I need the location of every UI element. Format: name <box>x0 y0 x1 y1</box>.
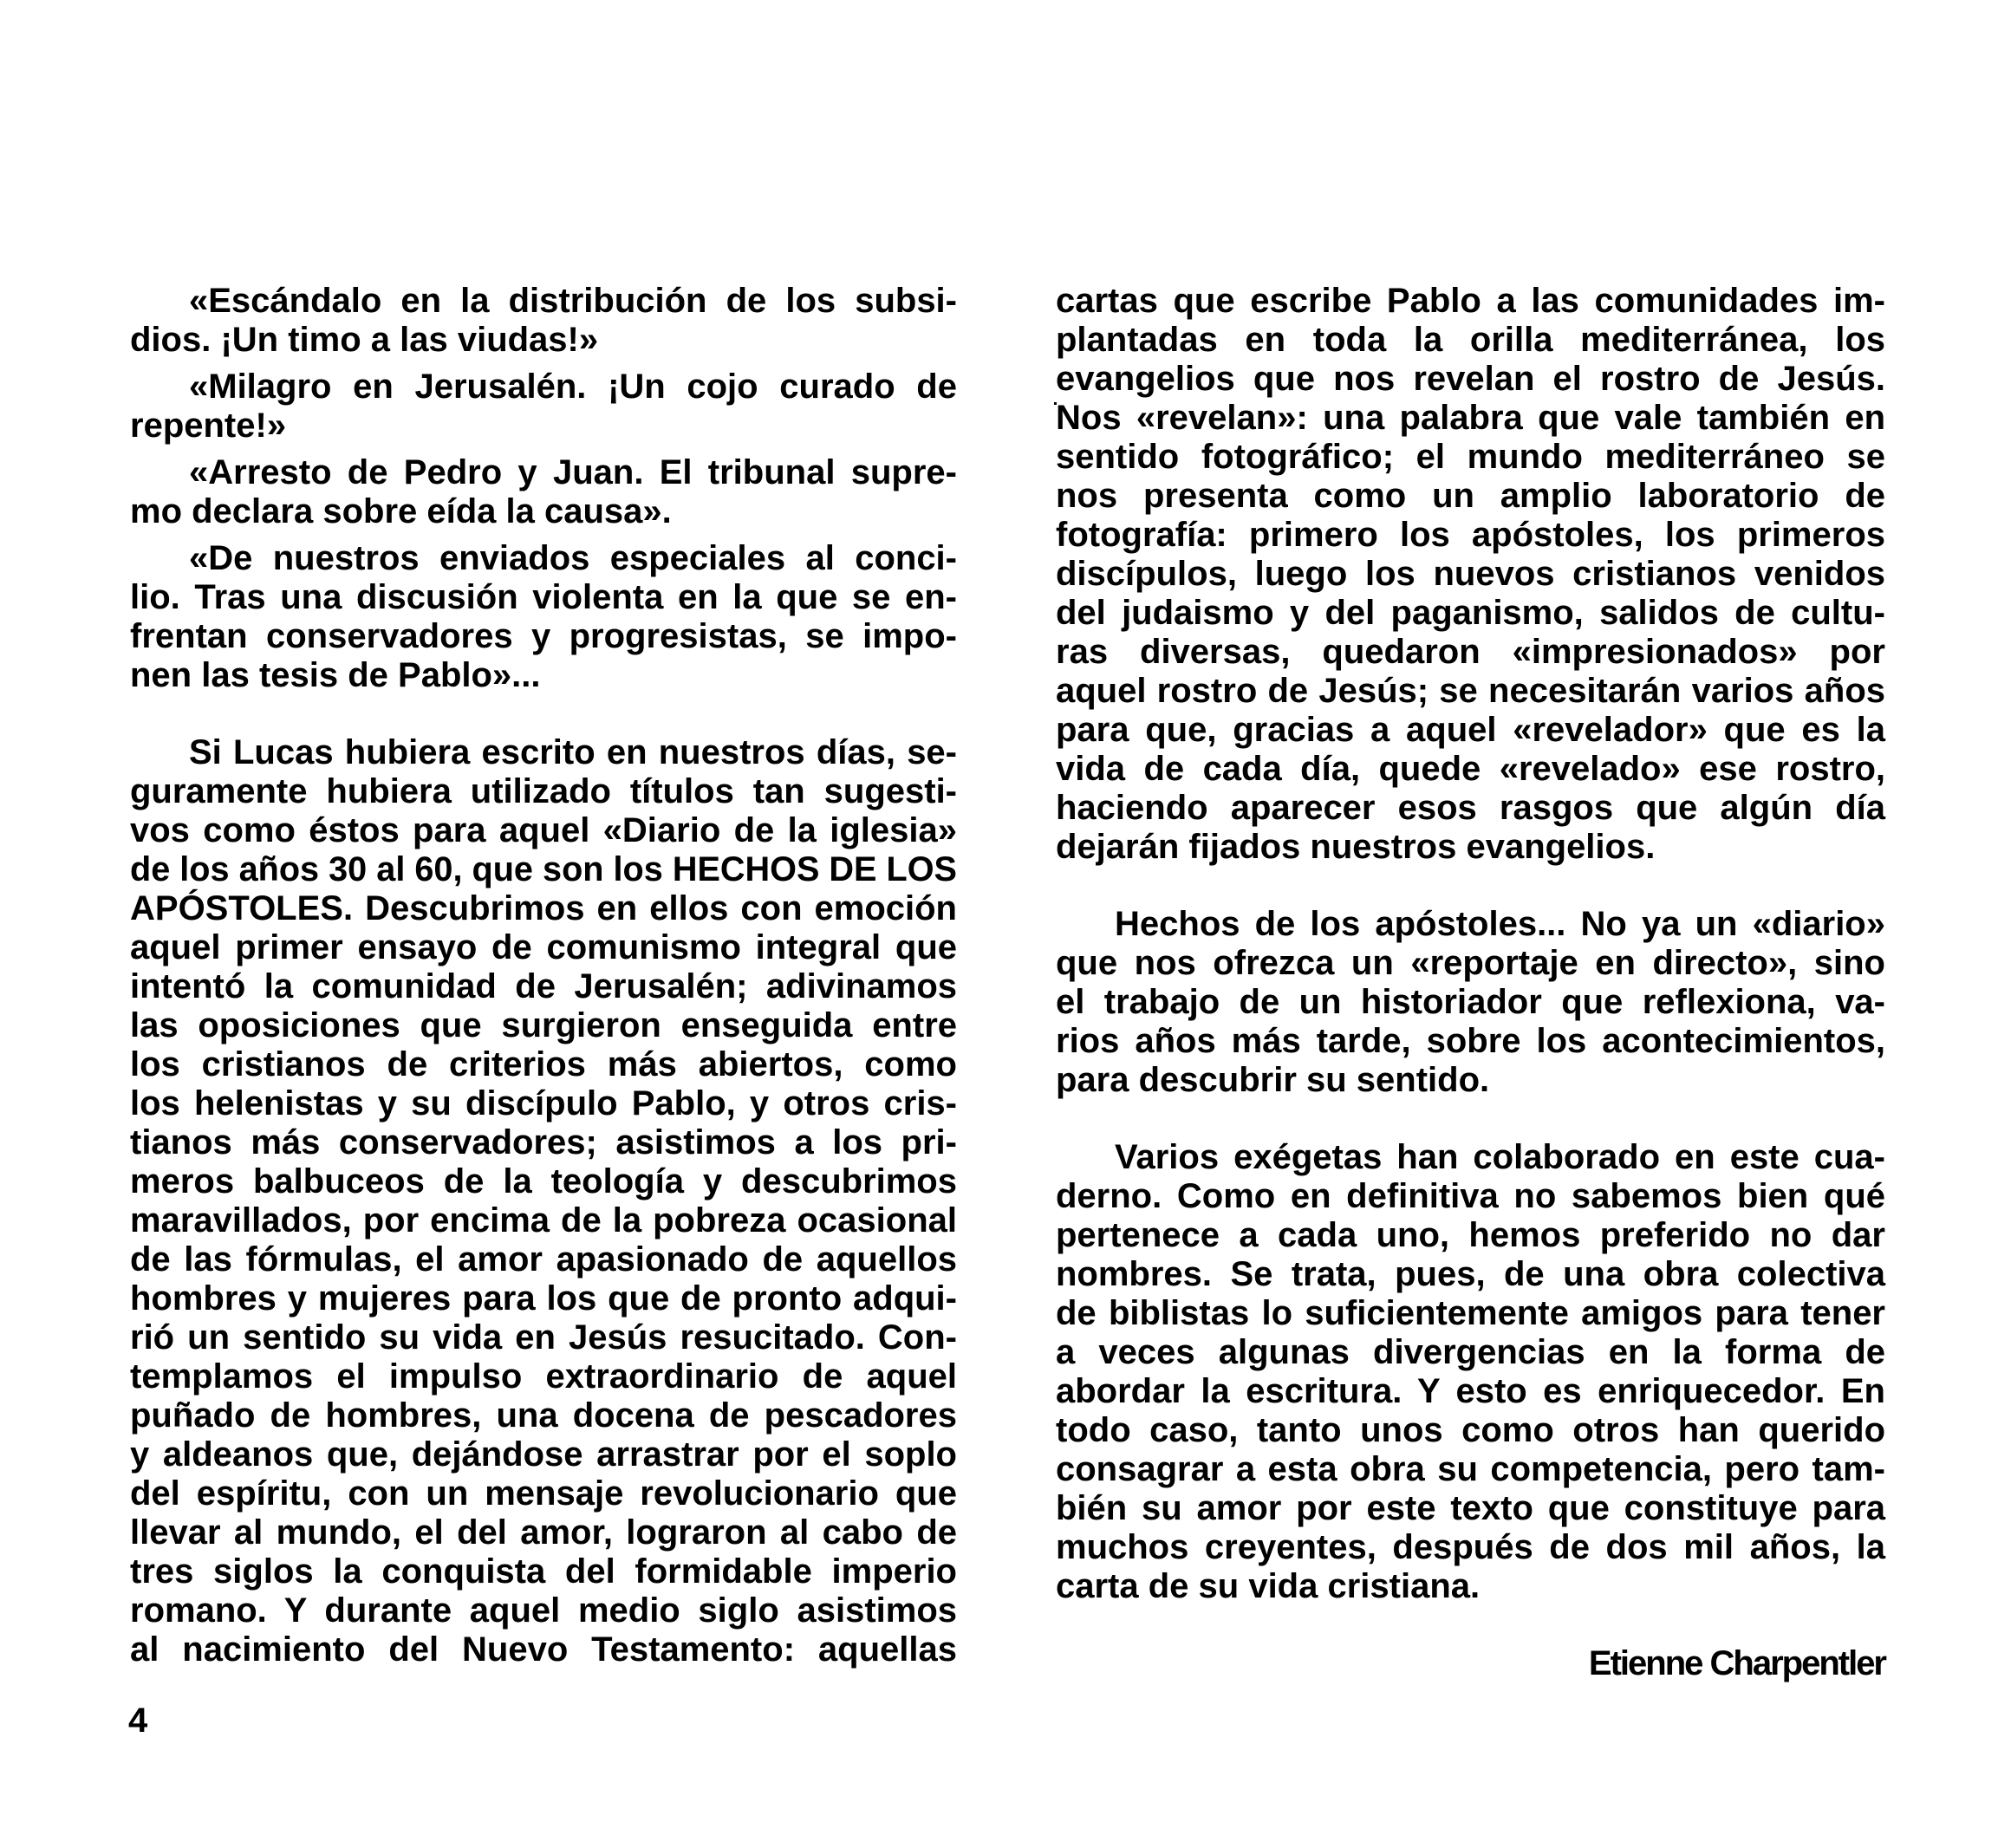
text-line: Hechos de los apóstoles... No ya un «dia… <box>1056 905 1885 944</box>
headline-2: «Milagro en Jerusalén. ¡Un cojo curado d… <box>130 368 957 446</box>
text-line: del espíritu, con un mensaje revoluciona… <box>130 1474 957 1513</box>
text-line: sentido fotográfico; el mundo mediterrán… <box>1056 438 1885 477</box>
text-line: repente!» <box>130 407 957 446</box>
text-line: tres siglos la conquista del formidable … <box>130 1552 957 1591</box>
text-line: Nos «revelan»: una palabra que vale tamb… <box>1056 399 1885 438</box>
text-line: tianos más conservadores; asistimos a lo… <box>130 1123 957 1162</box>
text-line: «Escándalo en la distribución de los sub… <box>130 282 957 321</box>
text-line: pertenece a cada uno, hemos preferido no… <box>1056 1216 1885 1255</box>
intro-paragraph: Si Lucas hubiera escrito en nuestros día… <box>130 733 957 1669</box>
text-line: el trabajo de un historiador que reflexi… <box>1056 983 1885 1022</box>
text-line: del judaismo y del paganismo, salidos de… <box>1056 594 1885 633</box>
text-line: y aldeanos que, dejándose arrastrar por … <box>130 1435 957 1474</box>
text-line: nos presenta como un amplio laboratorio … <box>1056 477 1885 516</box>
text-line: consagrar a esta obra su competencia, pe… <box>1056 1450 1885 1489</box>
text-line: romano. Y durante aquel medio siglo asis… <box>130 1591 957 1630</box>
text-line: «Arresto de Pedro y Juan. El tribunal su… <box>130 453 957 492</box>
text-line: dios. ¡Un timo a las viudas!» <box>130 321 957 360</box>
text-line: dejarán fijados nuestros evangelios. <box>1056 828 1885 867</box>
authors-paragraph: Varios exégetas han colaborado en este c… <box>1056 1138 1885 1606</box>
text-line: de las fórmulas, el amor apasionado de a… <box>130 1240 957 1279</box>
text-line: muchos creyentes, después de dos mil año… <box>1056 1528 1885 1567</box>
text-line: meros balbuceos de la teología y descubr… <box>130 1162 957 1201</box>
text-line: maravillados, por encima de la pobreza o… <box>130 1201 957 1240</box>
text-line: mo declara sobre eída la causa». <box>130 492 957 531</box>
text-line: Si Lucas hubiera escrito en nuestros día… <box>130 733 957 772</box>
text-line: guramente hubiera utilizado títulos tan … <box>130 772 957 811</box>
text-line: aquel primer ensayo de comunismo integra… <box>130 928 957 967</box>
text-line: todo caso, tanto unos como otros han que… <box>1056 1411 1885 1450</box>
text-line: rió un sentido su vida en Jesús resucita… <box>130 1318 957 1357</box>
author-signature: Etienne Charpentler <box>1056 1644 1885 1683</box>
headline-1: «Escándalo en la distribución de los sub… <box>130 282 957 360</box>
text-line: «Milagro en Jerusalén. ¡Un cojo curado d… <box>130 368 957 407</box>
text-line: llevar al mundo, el del amor, lograron a… <box>130 1513 957 1552</box>
hechos-paragraph: Hechos de los apóstoles... No ya un «dia… <box>1056 905 1885 1100</box>
text-line: vos como éstos para aquel «Diario de la … <box>130 811 957 850</box>
text-line: «De nuestros enviados especiales al conc… <box>130 539 957 578</box>
text-line: para que, gracias a aquel «revelador» qu… <box>1056 711 1885 750</box>
headline-4: «De nuestros enviados especiales al conc… <box>130 539 957 695</box>
text-line: evangelios que nos revelan el rostro de … <box>1056 360 1885 399</box>
book-page: «Escándalo en la distribución de los sub… <box>0 0 2011 1848</box>
text-line: de los años 30 al 60, que son los HECHOS… <box>130 850 957 889</box>
text-line: cartas que escribe Pablo a las comunidad… <box>1056 282 1885 321</box>
text-line: aquel rostro de Jesús; se necesitarán va… <box>1056 672 1885 711</box>
text-line: frentan conservadores y progresistas, se… <box>130 617 957 656</box>
text-line: bién su amor por este texto que constitu… <box>1056 1489 1885 1528</box>
text-line: carta de su vida cristiana. <box>1056 1567 1885 1606</box>
text-line: que nos ofrezca un «reportaje en directo… <box>1056 944 1885 983</box>
page-number: 4 <box>128 1702 147 1741</box>
headline-3: «Arresto de Pedro y Juan. El tribunal su… <box>130 453 957 531</box>
text-line: al nacimiento del Nuevo Testamento: aque… <box>130 1630 957 1669</box>
text-line: APÓSTOLES. Descubrimos en ellos con emoc… <box>130 889 957 928</box>
text-line: abordar la escritura. Y esto es enriquec… <box>1056 1372 1885 1411</box>
left-column: «Escándalo en la distribución de los sub… <box>130 282 957 1669</box>
text-line: derno. Como en definitiva no sabemos bie… <box>1056 1177 1885 1216</box>
text-line: fotografía: primero los apóstoles, los p… <box>1056 516 1885 555</box>
text-line: plantadas en toda la orilla mediterránea… <box>1056 321 1885 360</box>
text-line: las oposiciones que surgieron enseguida … <box>130 1006 957 1045</box>
continuation-paragraph: cartas que escribe Pablo a las comunidad… <box>1056 282 1885 867</box>
text-line: haciendo aparecer esos rasgos que algún … <box>1056 789 1885 828</box>
text-line: intentó la comunidad de Jerusalén; adivi… <box>130 967 957 1006</box>
text-line: discípulos, luego los nuevos cristianos … <box>1056 555 1885 594</box>
text-line: vida de cada día, quede «revelado» ese r… <box>1056 750 1885 789</box>
text-line: lio. Tras una discusión violenta en la q… <box>130 578 957 617</box>
text-line: rios años más tarde, sobre los acontecim… <box>1056 1022 1885 1061</box>
text-line: hombres y mujeres para los que de pronto… <box>130 1279 957 1318</box>
right-column: cartas que escribe Pablo a las comunidad… <box>1056 282 1885 1683</box>
text-line: Varios exégetas han colaborado en este c… <box>1056 1138 1885 1177</box>
text-line: a veces algunas divergencias en la forma… <box>1056 1333 1885 1372</box>
text-line: ras diversas, quedaron «impresionados» p… <box>1056 633 1885 672</box>
text-line: de biblistas lo suficientemente amigos p… <box>1056 1294 1885 1333</box>
text-line: los cristianos de criterios más abiertos… <box>130 1045 957 1084</box>
text-line: los helenistas y su discípulo Pablo, y o… <box>130 1084 957 1123</box>
text-line: puñado de hombres, una docena de pescado… <box>130 1396 957 1435</box>
text-line: nen las tesis de Pablo»... <box>130 656 957 695</box>
text-line: nombres. Se trata, pues, de una obra col… <box>1056 1255 1885 1294</box>
text-line: para descubrir su sentido. <box>1056 1061 1885 1100</box>
text-line: templamos el impulso extraordinario de a… <box>130 1357 957 1396</box>
